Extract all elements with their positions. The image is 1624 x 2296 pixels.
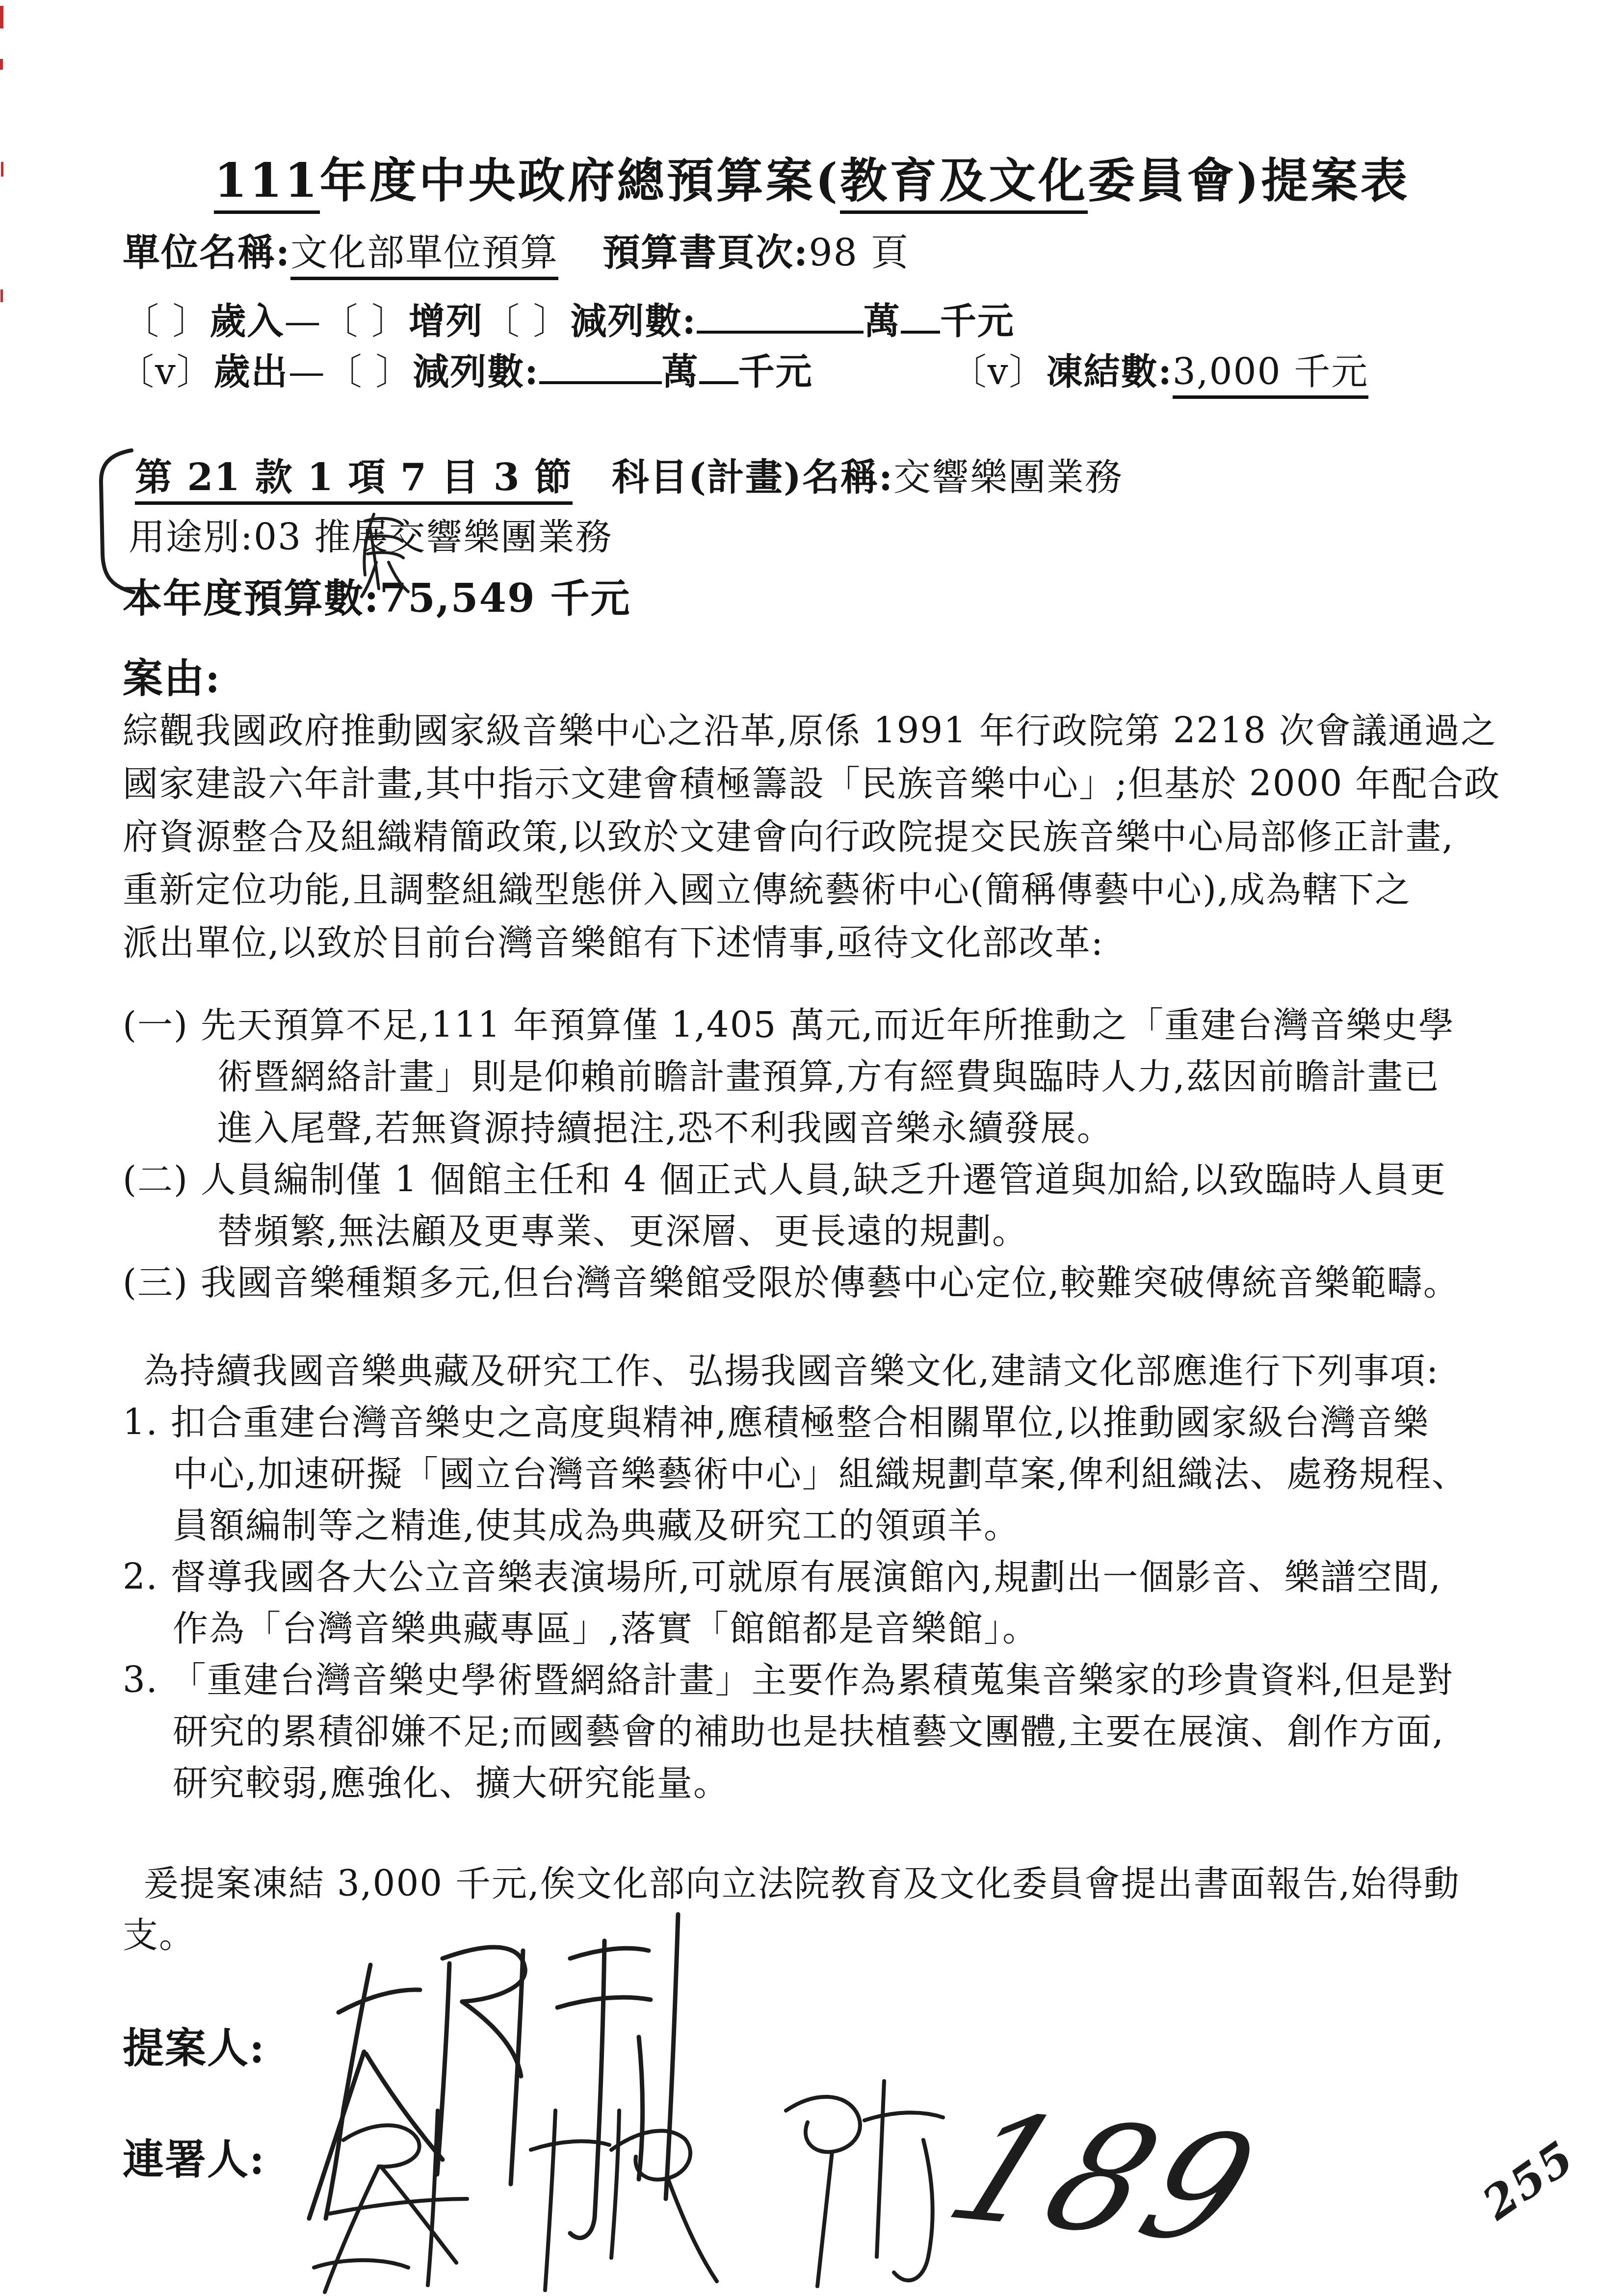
request-line: 3. 「重建台灣音樂史學術暨網絡計畫」主要作為累積蒐集音樂家的珍貴資料,但是對 [123, 1659, 1453, 1701]
issue-line: (三) 我國音樂種類多元,但台灣音樂館受限於傳藝中心定位,較難突破傳統音樂範疇。 [123, 1262, 1460, 1304]
budget-clause: 第 21 款 1 項 7 目 3 節 [135, 455, 573, 505]
case-paragraph-line: 派出單位,以致於目前台灣音樂館有下述情事,亟待文化部改革: [123, 922, 1104, 964]
issue-line: 術暨網絡計畫」則是仰賴前瞻計畫預算,方有經費與臨時人力,茲因前瞻計畫已 [217, 1056, 1440, 1097]
blank-amount-field [697, 302, 864, 334]
cosigner-label: 連署人: [123, 2135, 265, 2184]
expenditure-row: 〔v〕歲出—〔 〕減列數:萬千元〔v〕凍結數:3,000 千元 [118, 351, 1368, 393]
blank-amount-field [901, 302, 940, 334]
cosigner-signature-3 [786, 2081, 943, 2286]
usage-label: 用途別: [129, 516, 254, 558]
budget-amount-value: 75,549 千元 [380, 575, 631, 621]
request-line: 作為「台灣音樂典藏專區」,落實「館館都是音樂館」。 [173, 1608, 1039, 1649]
blank-amount-field [699, 352, 738, 384]
issue-line: 進入尾聲,若無資源持續挹注,恐不利我國音樂永續發展。 [217, 1107, 1113, 1149]
case-paragraph-line: 重新定位功能,且調整組織型態併入國立傳統藝術中心(簡稱傳藝中心),成為轄下之 [123, 869, 1411, 911]
budget-page-label: 預算書頁次: [602, 231, 809, 274]
usage-value: 03 推展交響樂團業務 [254, 516, 613, 558]
increase-label: 增列 [409, 300, 483, 342]
case-paragraph-line: 綜觀我國政府推動國家級音樂中心之沿革,原係 1991 年行政院第 2218 次會… [123, 710, 1497, 752]
document-title: 111年度中央政府總預算案(教育及文化委員會)提案表 [0, 143, 1624, 210]
issue-line: (二) 人員編制僅 1 個館主任和 4 個正式人員,缺乏升遷管道與加給,以致臨時… [123, 1159, 1446, 1200]
decrease-checkbox: 〔 〕 [326, 351, 413, 393]
title-end: 委員會)提案表 [1088, 153, 1410, 208]
title-year: 111 [214, 153, 319, 214]
closing-line: 支。 [123, 1914, 195, 1956]
request-line: 員額編制等之精進,使其成為典藏及研究工的領頭羊。 [173, 1505, 1020, 1546]
expenditure-label: 歲出 [214, 351, 288, 393]
cosigner-signature-1 [314, 2111, 467, 2292]
qian-unit: 千元 [738, 351, 813, 393]
decrease-label: 減列數: [413, 351, 539, 393]
unit-name-line: 單位名稱:文化部單位預算預算書頁次:98 頁 [123, 231, 909, 275]
issue-line: (一) 先天預算不足,111 年預算僅 1,405 萬元,而近年所推動之「重建台… [123, 1004, 1455, 1046]
wan-unit: 萬 [864, 300, 901, 342]
freeze-checkbox-checked: 〔v〕 [950, 351, 1047, 393]
increase-checkbox: 〔 〕 [322, 300, 409, 342]
proposer-label: 提案人: [123, 2024, 265, 2072]
request-line: 研究的累積卻嫌不足;而國藝會的補助也是扶植藝文團體,主要在展演、創作方面, [173, 1711, 1444, 1752]
section-line: 第 21 款 1 項 7 目 3 節科目(計畫)名稱:交響樂團業務 [135, 455, 1123, 499]
request-intro-line: 為持續我國音樂典藏及研究工作、弘揚我國音樂文化,建請文化部應進行下列事項: [143, 1350, 1439, 1392]
handwritten-count: 189 [927, 2082, 1283, 2276]
scan-artifact-red [0, 289, 3, 302]
unit-name-value: 文化部單位預算 [290, 231, 558, 280]
unit-name-label: 單位名稱: [123, 231, 290, 274]
budget-amount-label: 本年度預算數: [123, 575, 380, 621]
request-line: 1. 扣合重建台灣音樂史之高度與精神,應積極整合相關單位,以推動國家級台灣音樂 [123, 1402, 1429, 1443]
dash: — [288, 351, 326, 393]
revenue-row: 〔 〕歲入—〔 〕增列〔 〕減列數:萬千元 [123, 300, 1015, 343]
freeze-amount: 3,000 千元 [1173, 351, 1368, 399]
title-committee-underlined: 教育及文化 [840, 153, 1088, 214]
case-paragraph-line: 府資源整合及組織精簡政策,以致於文建會向行政院提交民族音樂中心局部修正計畫, [123, 816, 1454, 858]
budget-page-value: 98 頁 [809, 231, 909, 274]
subject-value: 交響樂團業務 [893, 455, 1123, 499]
request-line: 研究較弱,應強化、擴大研究能量。 [173, 1762, 730, 1804]
qian-unit: 千元 [940, 300, 1015, 342]
cosigner-signature-2 [531, 2111, 717, 2290]
request-line: 2. 督導我國各大公立音樂表演場所,可就原有展演館內,規劃出一個影音、樂譜空間, [123, 1556, 1441, 1598]
proposer-signature [309, 1914, 678, 2238]
decrease-checkbox: 〔 〕 [483, 300, 571, 342]
request-line: 中心,加速研擬「國立台灣音樂藝術中心」組織規劃草案,俾利組織法、處務規程、 [173, 1453, 1468, 1495]
dash: — [285, 300, 322, 342]
case-heading: 案由: [123, 655, 221, 703]
case-paragraph-line: 國家建設六年計畫,其中指示文建會積極籌設「民族音樂中心」;但基於 2000 年配… [123, 763, 1500, 805]
blank-amount-field [539, 352, 662, 384]
issue-line: 替頻繁,無法顧及更專業、更深層、更長遠的規劃。 [217, 1210, 1028, 1252]
revenue-label: 歲入 [210, 300, 285, 342]
wan-unit: 萬 [662, 351, 699, 393]
revenue-checkbox: 〔 〕 [123, 300, 210, 342]
freeze-label: 凍結數: [1046, 351, 1172, 393]
scanned-proposal-form: 111年度中央政府總預算案(教育及文化委員會)提案表 單位名稱:文化部單位預算預… [0, 0, 1624, 2296]
scan-artifact-red [0, 59, 3, 70]
title-mid: 年度中央政府總預算案( [320, 153, 840, 208]
usage-line: 用途別:03 推展交響樂團業務 [129, 516, 613, 559]
scan-artifact-red [0, 6, 3, 28]
handwritten-page-number: 255 [1473, 2130, 1584, 2230]
budget-amount-line: 本年度預算數:75,549 千元 [123, 575, 631, 621]
closing-line: 爰提案凍結 3,000 千元,俟文化部向立法院教育及文化委員會提出書面報告,始得… [143, 1863, 1460, 1905]
expenditure-checkbox-checked: 〔v〕 [118, 351, 214, 393]
subject-label: 科目(計畫)名稱: [612, 455, 893, 499]
decrease-label: 減列數: [571, 300, 697, 342]
